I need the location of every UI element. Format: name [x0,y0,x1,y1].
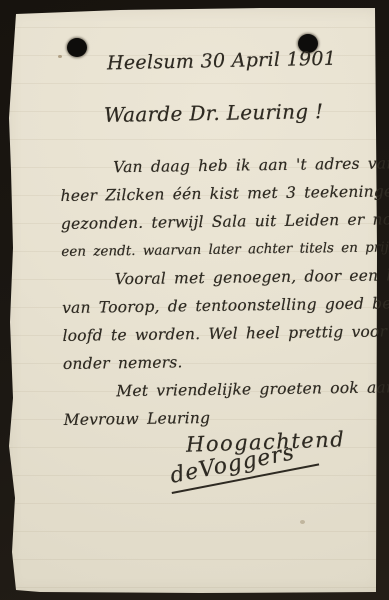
salutation: Waarde Dr. Leuring ! [104,99,324,127]
punch-hole-left [67,38,87,57]
body-line: Vooral met genoegen, door een kaart [62,261,384,293]
body-line: Van daag heb ik aan 't adres van de [60,150,382,182]
body-line: van Toorop, de tentoonstelling goed be- [62,289,384,321]
closing-line: Met vriendelijke groeten ook aan [63,373,385,405]
body-line: heer Zilcken één kist met 3 teekeninge- [60,178,382,210]
body-line: loofd te worden. Wel heel prettig voor d… [62,317,384,349]
letter-scan: Heelsum 30 April 1901 Waarde Dr. Leuring… [0,0,389,600]
paper-stain [300,520,305,524]
letter-body: Van daag heb ik aan 't adres van de heer… [60,150,386,434]
body-line: een zendt. waarvan later achter titels e… [61,233,383,265]
body-line: gezonden. terwijl Sala uit Leiden er nog [61,205,383,237]
body-line: onder nemers. [63,345,385,377]
paper-stain [58,55,62,58]
